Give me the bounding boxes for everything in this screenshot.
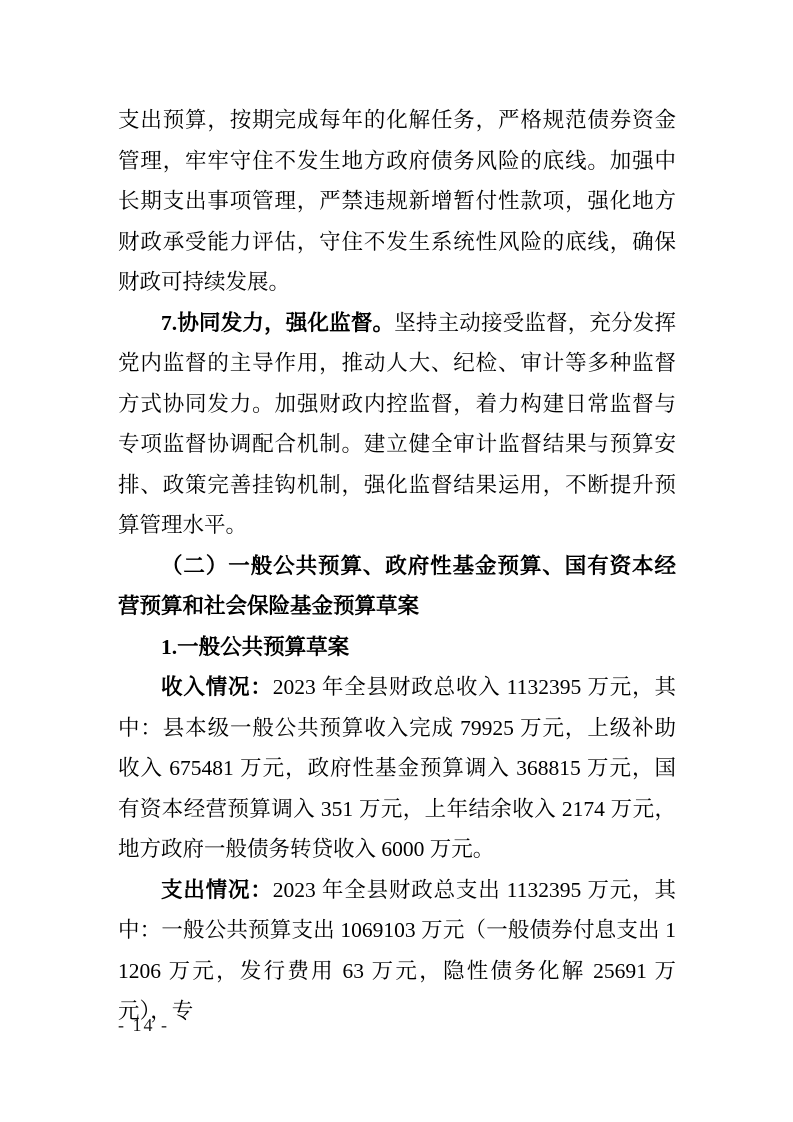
paragraph-debt-management: 支出预算，按期完成每年的化解任务，严格规范债券资金管理，牢牢守住不发生地方政府债…	[118, 100, 676, 303]
paragraph-lead: 支出情况：	[161, 878, 273, 902]
paragraph-text: 支出预算，按期完成每年的化解任务，严格规范债券资金管理，牢牢守住不发生地方政府债…	[118, 108, 676, 294]
heading-text: （二）一般公共预算、政府性基金预算、国有资本经营预算和社会保险基金预算草案	[118, 554, 676, 619]
heading-text: 1.一般公共预算草案	[161, 635, 349, 659]
document-body: 支出预算，按期完成每年的化解任务，严格规范债券资金管理，牢牢守住不发生地方政府债…	[118, 100, 676, 1032]
paragraph-lead: 收入情况：	[161, 675, 273, 699]
paragraph-revenue: 收入情况：2023 年全县财政总收入 1132395 万元，其中：县本级一般公共…	[118, 667, 676, 870]
paragraph-text: 2023 年全县财政总收入 1132395 万元，其中：县本级一般公共预算收入完…	[118, 675, 676, 861]
subsection-heading-general-public-budget: 1.一般公共预算草案	[118, 627, 676, 668]
page-number: - 14 -	[118, 1013, 169, 1037]
document-page: 支出预算，按期完成每年的化解任务，严格规范债券资金管理，牢牢守住不发生地方政府债…	[0, 0, 793, 1122]
paragraph-text: 坚持主动接受监督，充分发挥党内监督的主导作用，推动人大、纪检、审计等多种监督方式…	[118, 311, 676, 538]
paragraph-expenditure: 支出情况：2023 年全县财政总支出 1132395 万元，其中：一般公共预算支…	[118, 870, 676, 1032]
section-heading-budget-drafts: （二）一般公共预算、政府性基金预算、国有资本经营预算和社会保险基金预算草案	[118, 546, 676, 627]
paragraph-lead: 7.协同发力，强化监督。	[161, 311, 394, 335]
paragraph-supervision: 7.协同发力，强化监督。坚持主动接受监督，充分发挥党内监督的主导作用，推动人大、…	[118, 303, 676, 546]
